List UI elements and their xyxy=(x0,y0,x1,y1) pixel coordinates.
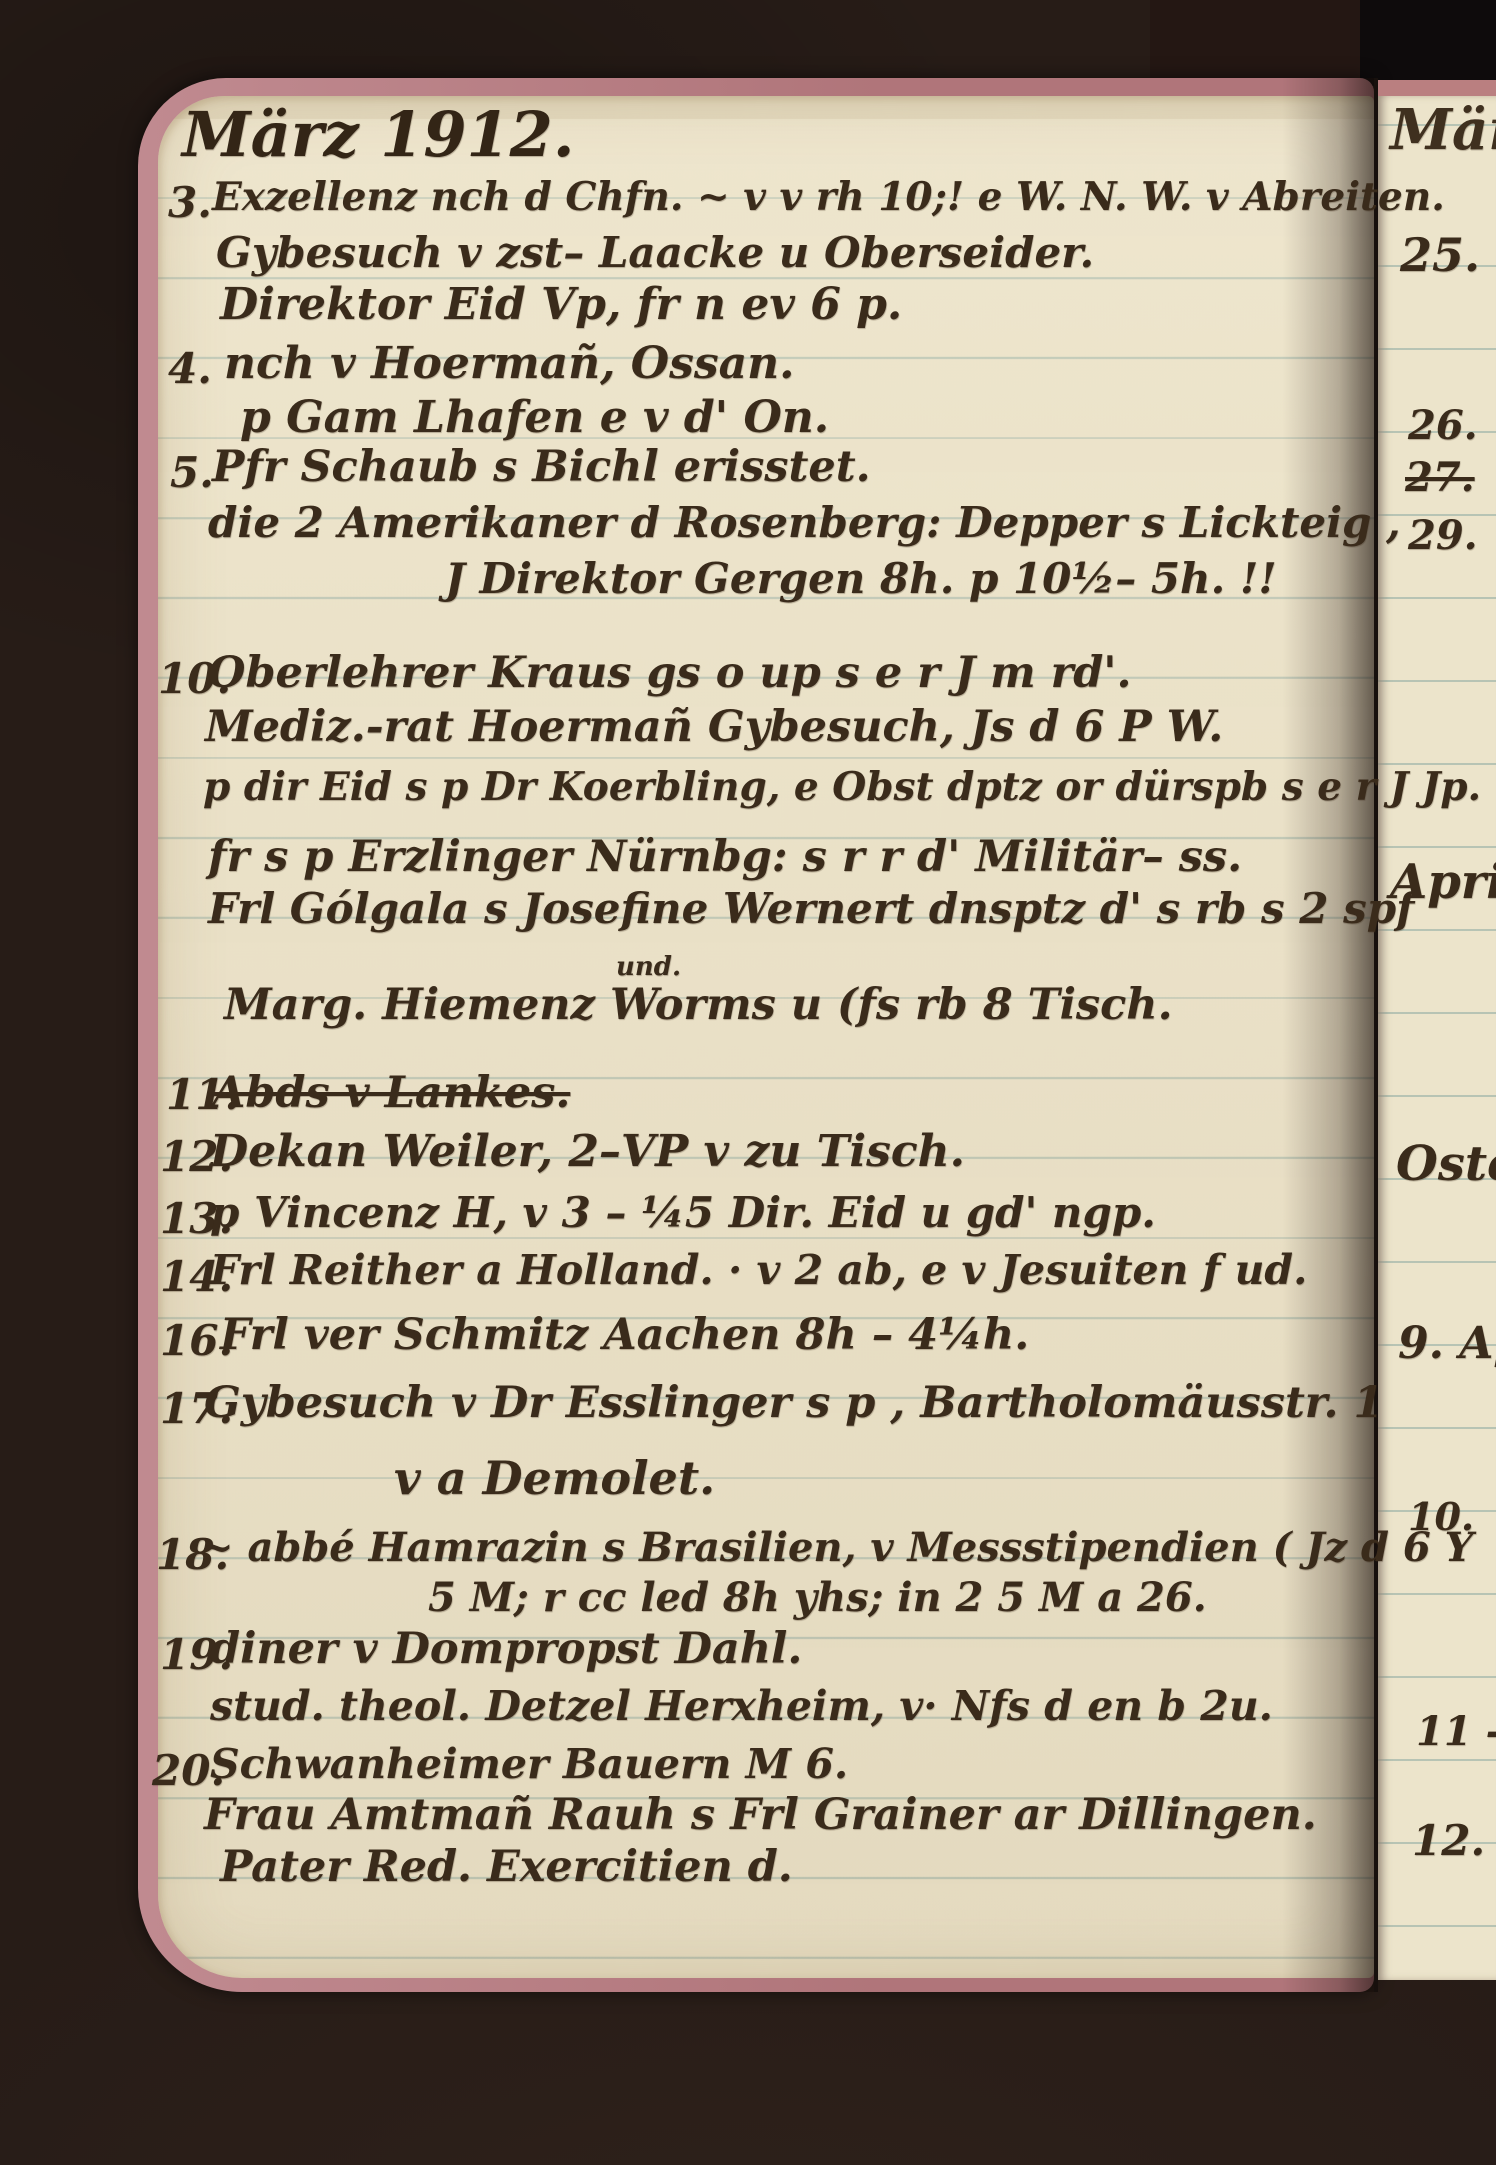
right-page-paper xyxy=(1378,96,1496,1980)
binding-shadow-corner xyxy=(1352,0,1496,86)
cover-top-strip xyxy=(1150,0,1360,84)
scanned-notebook-photo: { "document": { "type": "handwritten dia… xyxy=(0,0,1496,2165)
page-gutter-shadow xyxy=(1282,78,1374,1992)
left-page-paper xyxy=(158,96,1374,1978)
